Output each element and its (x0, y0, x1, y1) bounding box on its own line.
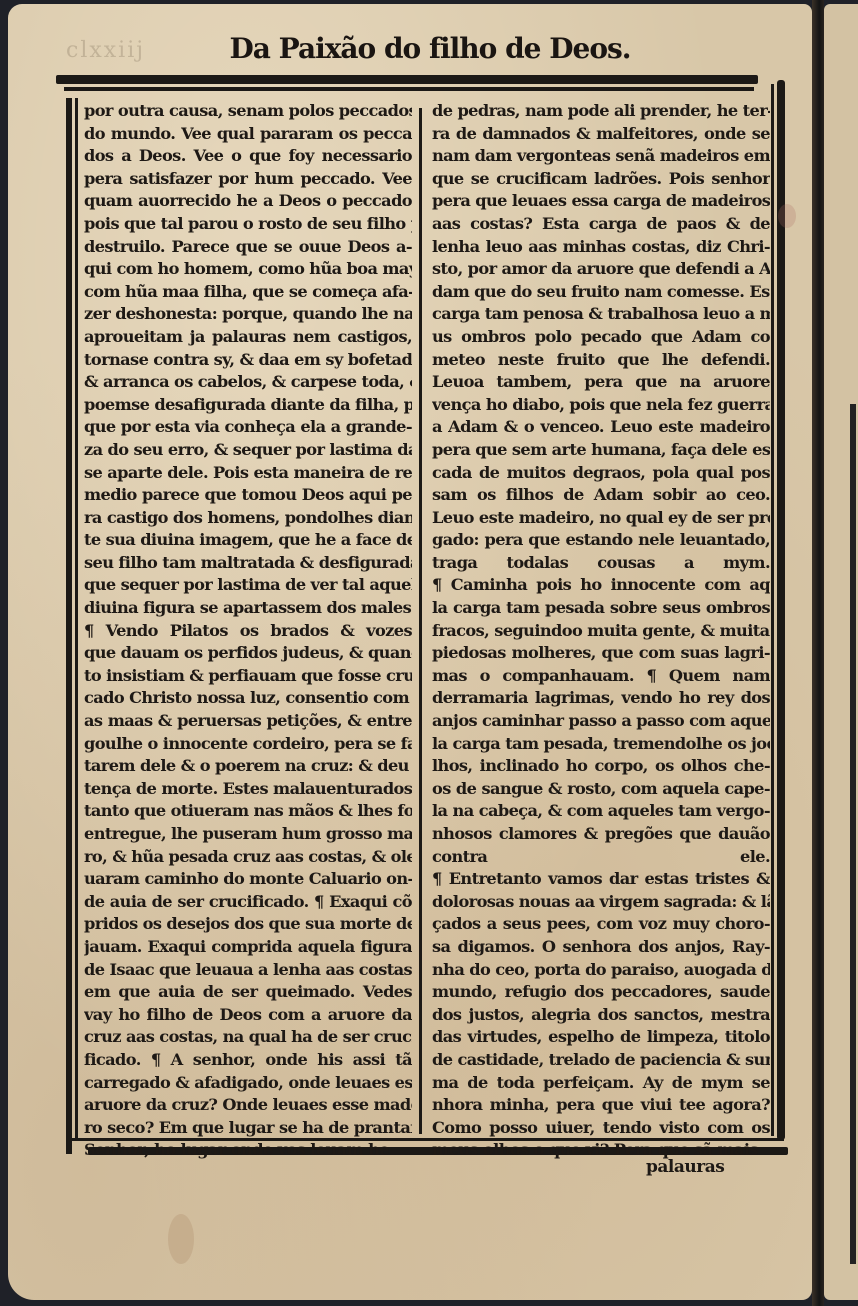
text-line: carregado & afadigado, onde leuaes essa (84, 1072, 412, 1095)
text-line: dolorosas nouas aa virgem sagrada: & lã (432, 891, 770, 914)
text-line: aas costas? Esta carga de paos & de (432, 213, 770, 236)
text-line: cruz aas costas, na qual ha de ser cruci… (84, 1026, 412, 1049)
text-line: a Adam & o venceo. Leuo este madeiro (432, 416, 770, 439)
text-line: ma de toda perfeiçam. Ay de mym se (432, 1072, 770, 1095)
text-line: sto, por amor da aruore que defendi a A (432, 258, 770, 281)
text-line: lhos, inclinado ho corpo, os olhos che- (432, 755, 770, 778)
running-head: Da Paixão do filho de Deos. (8, 32, 812, 65)
text-line: pois que tal parou o rosto de seu filho … (84, 213, 412, 236)
text-line: tanto que otiueram nas mãos & lhes foi (84, 800, 412, 823)
text-line: to insistiam & perfiauam que fosse cruci… (84, 665, 412, 688)
text-line: ficado. ¶ A senhor, onde his assi tã (84, 1049, 412, 1072)
text-line: Leuoa tambem, pera que na aruore (432, 371, 770, 394)
text-line: das virtudes, espelho de limpeza, titolo (432, 1026, 770, 1049)
text-line: sa digamos. O senhora dos anjos, Ray- (432, 936, 770, 959)
text-line: pera satisfazer por hum peccado. Vee (84, 168, 412, 191)
text-line: destruilo. Parece que se ouue Deos a- (84, 236, 412, 259)
page-title: Da Paixão do filho de Deos. (229, 32, 630, 65)
text-line: dos justos, alegria dos sanctos, mestra (432, 1004, 770, 1027)
text-line: pridos os desejos dos que sua morte de- (84, 913, 412, 936)
paper-stain (168, 1214, 194, 1264)
text-line: do mundo. Vee qual pararam os pecca (84, 123, 412, 146)
text-line: as maas & peruersas petições, & entre (84, 710, 412, 733)
text-line: cada de muitos degraos, pola qual pos (432, 462, 770, 485)
text-line: com hũa maa filha, que se começa afa- (84, 281, 412, 304)
text-line: dos a Deos. Vee o que foy necessario (84, 145, 412, 168)
text-line: por outra causa, senam polos peccados (84, 100, 412, 123)
paper-stain (778, 204, 796, 228)
text-line: ra de damnados & malfeitores, onde se (432, 123, 770, 146)
text-line: lenha leuo aas minhas costas, diz Chri- (432, 236, 770, 259)
text-line: zer deshonesta: porque, quando lhe nam (84, 303, 412, 326)
text-line: de pedras, nam pode ali prender, he ter- (432, 100, 770, 123)
text-line: de Isaac que leuaua a lenha aas costas (84, 959, 412, 982)
column-divider (419, 108, 422, 1134)
catchword: palauras (646, 1157, 724, 1177)
text-line: medio parece que tomou Deos aqui pe (84, 484, 412, 507)
text-line: de auia de ser crucificado. ¶ Exaqui cõ (84, 891, 412, 914)
text-line: contra ele. (432, 846, 770, 869)
text-line: diuina figura se apartassem dos males. (84, 597, 412, 620)
text-line: dam que do seu fruito nam comesse. Esta (432, 281, 770, 304)
text-line: piedosas molheres, que com suas lagri- (432, 642, 770, 665)
text-line: pera que sem arte humana, faça dele es (432, 439, 770, 462)
facing-page-border-rule (850, 404, 856, 1264)
text-line: se aparte dele. Pois esta maneira de re- (84, 462, 412, 485)
text-line: jauam. Exaqui comprida aquela figura (84, 936, 412, 959)
text-line: mundo, refugio dos peccadores, saude (432, 981, 770, 1004)
text-line: Leuo este madeiro, no qual ey de ser pre (432, 507, 770, 530)
text-line: aruore da cruz? Onde leuaes esse madei- (84, 1094, 412, 1117)
text-line: que dauam os perfidos judeus, & quan- (84, 642, 412, 665)
border-rule-top (56, 75, 758, 84)
text-line: la carga tam pesada, tremendolhe os joe (432, 733, 770, 756)
text-line: gado: pera que estando nele leuantado, (432, 529, 770, 552)
text-line: ro seco? Em que lugar se ha de prantar? (84, 1117, 412, 1140)
text-line: pera que leuaes essa carga de madeiros (432, 190, 770, 213)
text-line: ra castigo dos homens, pondolhes dian- (84, 507, 412, 530)
text-line: çados a seus pees, com voz muy choro- (432, 913, 770, 936)
text-column-right: de pedras, nam pode ali prender, he ter-… (432, 100, 770, 1162)
text-line: entregue, lhe puseram hum grosso madei (84, 823, 412, 846)
border-rule-right-inner (771, 84, 774, 1136)
text-line: poemse desafigurada diante da filha, per… (84, 394, 412, 417)
facing-page-edge (824, 4, 858, 1300)
text-line: ro, & hũa pesada cruz aas costas, & ole (84, 846, 412, 869)
text-line: vença ho diabo, pois que nela fez guerra (432, 394, 770, 417)
book-gutter (812, 0, 824, 1306)
text-line: quam auorrecido he a Deos o peccado (84, 190, 412, 213)
text-line: mas o companhauam. ¶ Quem nam (432, 665, 770, 688)
text-line: ¶ Vendo Pilatos os brados & vozes (84, 620, 412, 643)
text-line: za do seu erro, & sequer por lastima da … (84, 439, 412, 462)
border-rule-left (66, 98, 72, 1154)
text-line: la na cabeça, & com aqueles tam vergo- (432, 800, 770, 823)
text-line: ¶ Entretanto vamos dar estas tristes & (432, 868, 770, 891)
text-column-left: por outra causa, senam polos peccadosdo … (84, 100, 412, 1162)
text-line: uaram caminho do monte Caluario on- (84, 868, 412, 891)
text-line: que por esta via conheça ela a grande- (84, 416, 412, 439)
text-line: us ombros polo pecado que Adam co (432, 326, 770, 349)
text-line: vay ho filho de Deos com a aruore da (84, 1004, 412, 1027)
text-line: que se crucificam ladrões. Pois senhor (432, 168, 770, 191)
border-rule-right (777, 80, 785, 1140)
text-line: la carga tam pesada sobre seus ombros (432, 597, 770, 620)
book-page: clxxiij Da Paixão do filho de Deos. por … (8, 4, 812, 1300)
text-line: nam dam vergonteas senã madeiros em (432, 145, 770, 168)
text-line: cado Christo nossa luz, consentio com su (84, 687, 412, 710)
text-line: goulhe o innocente cordeiro, pera se far… (84, 733, 412, 756)
text-line: Senhor, ho lugar onde vos leuam he (84, 1139, 412, 1162)
text-line: derramaria lagrimas, vendo ho rey dos (432, 687, 770, 710)
text-line: tarem dele & o poerem na cruz: & deu sen (84, 755, 412, 778)
text-line: traga todalas cousas a mym. (432, 552, 770, 575)
text-line: tornase contra sy, & daa em sy bofetadas (84, 349, 412, 372)
text-line: meteo neste fruito que lhe defendi. (432, 349, 770, 372)
text-line: que sequer por lastima de ver tal aquela (84, 574, 412, 597)
text-line: carga tam penosa & trabalhosa leuo a me (432, 303, 770, 326)
text-line: ¶ Caminha pois ho innocente com aq (432, 574, 770, 597)
text-line: sam os filhos de Adam sobir ao ceo. (432, 484, 770, 507)
text-line: nhora minha, pera que viui tee agora? (432, 1094, 770, 1117)
border-rule-left-inner (75, 98, 78, 1138)
text-line: os de sangue & rosto, com aquela cape- (432, 778, 770, 801)
text-line: fracos, seguindoo muita gente, & muitas (432, 620, 770, 643)
text-line: Como posso uiuer, tendo visto com os (432, 1117, 770, 1140)
text-line: te sua diuina imagem, que he a face de (84, 529, 412, 552)
text-line: tença de morte. Estes malauenturados (84, 778, 412, 801)
border-rule-top-inner (64, 87, 754, 91)
text-line: qui com ho homem, como hũa boa may (84, 258, 412, 281)
text-line: nhosos clamores & pregões que dauão (432, 823, 770, 846)
text-line: seu filho tam maltratada & desfigurada, (84, 552, 412, 575)
text-line: & arranca os cabelos, & carpese toda, & (84, 371, 412, 394)
text-line: de castidade, trelado de paciencia & sum (432, 1049, 770, 1072)
text-line: aproueitam ja palauras nem castigos, (84, 326, 412, 349)
text-line: nha do ceo, porta do paraiso, auogada do (432, 959, 770, 982)
text-line: anjos caminhar passo a passo com aque- (432, 710, 770, 733)
text-line: em que auia de ser queimado. Vedes (84, 981, 412, 1004)
